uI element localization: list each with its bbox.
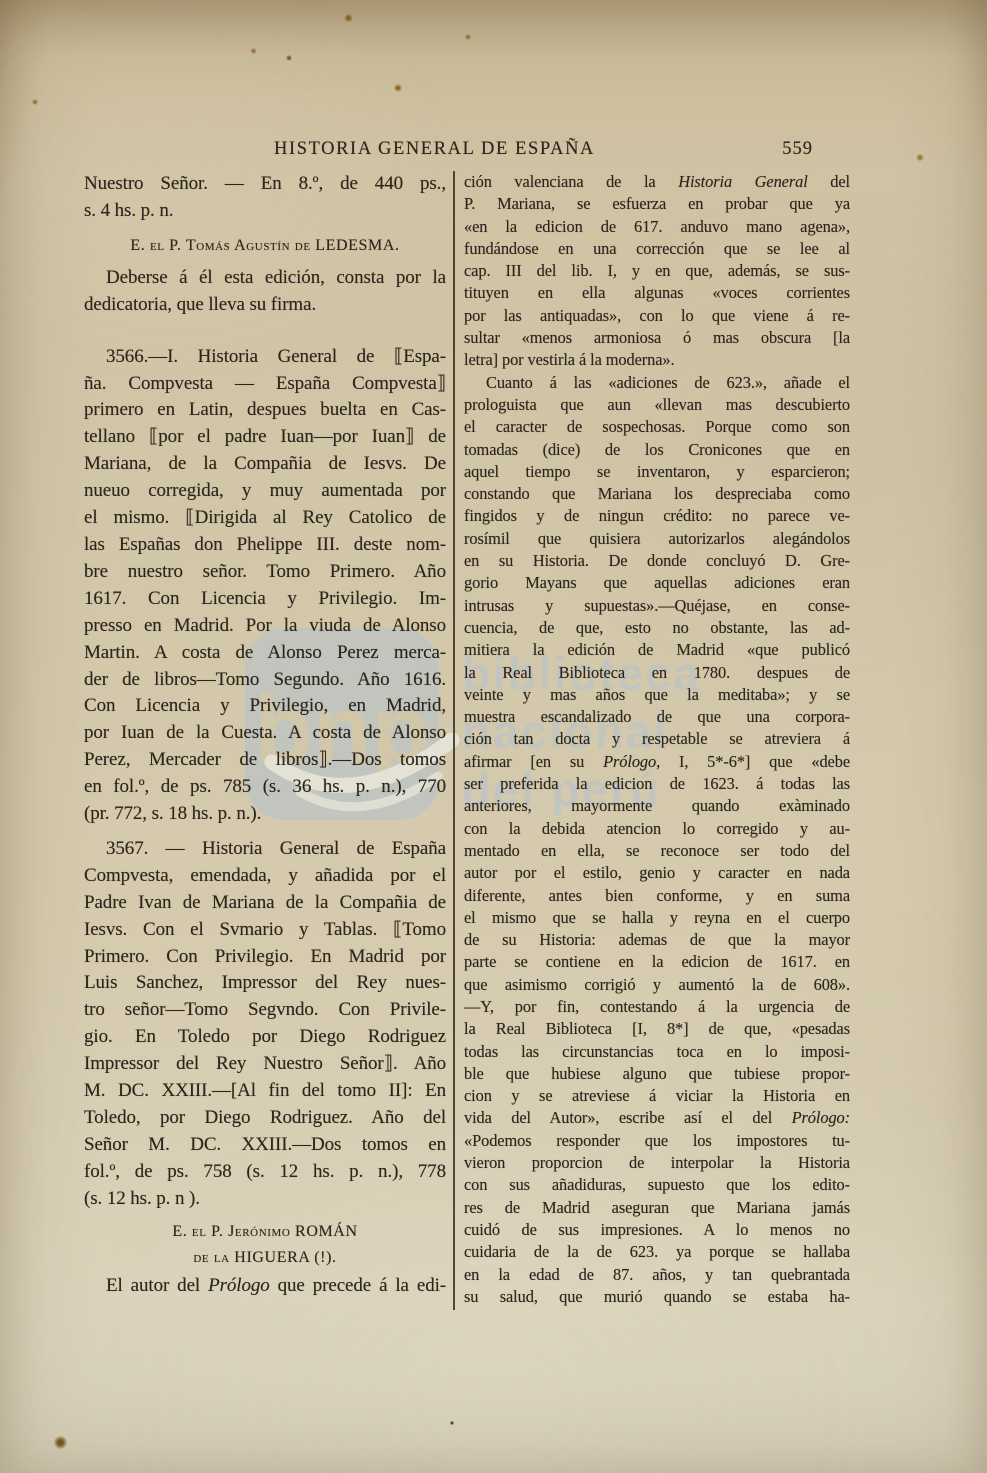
text-line: tellano ⟦por el padre Iuan—por Iuan⟧ de: [84, 424, 446, 451]
text-line: prologuista que aun «llevan mas descubie…: [464, 394, 850, 416]
text-line: en su Historia. De donde concluyó D. Gre…: [464, 550, 850, 572]
text-line: muestra escandalizado de que una corpora…: [464, 706, 850, 728]
text-line: el caracter de sospechosas. Porque como …: [464, 416, 850, 438]
text-line: Luis Sanchez, Impressor del Rey nues-: [84, 970, 446, 997]
text-line: aquel tiempo se inventaron, y esparciero…: [464, 461, 850, 483]
text-line: ser preferida la edicion de 1623. á toda…: [464, 773, 850, 795]
text-line: P. Mariana, se esfuerza en probar que ya: [464, 193, 850, 215]
text-line: su salud, que murió quando se estaba ha-: [464, 1286, 850, 1308]
text-line: Con Licencia y Privilegio, en Madrid,: [84, 693, 446, 720]
text-line: nueuo corregida, y muy aumentada por: [84, 478, 446, 505]
text-line: fundándose en una corrección que se lee …: [464, 238, 850, 260]
printed-page: HISTORIA GENERAL DE ESPAÑA 559 Nuestro S…: [0, 0, 987, 1473]
text-line: M. DC. XXIII.—[Al fin del tomo II]: En: [84, 1078, 446, 1105]
text-line: mitiera la edición de Madrid «que public…: [464, 639, 850, 661]
text-line: intrusas y supuestas».—Quéjase, en conse…: [464, 595, 850, 617]
paragraph: 3567. — Historia General de EspañaCompve…: [84, 836, 446, 1213]
text-line: ción valenciana de la Historia General d…: [464, 171, 850, 193]
text-line: ble que hubiese alguno que tubiese propo…: [464, 1063, 850, 1085]
text-line: «Podemos responder que los impostores tu…: [464, 1130, 850, 1152]
paragraph: Nuestro Señor. — En 8.º, de 440 ps.,s. 4…: [84, 171, 446, 225]
text-line: Padre Ivan de Mariana de la Compañia de: [84, 890, 446, 917]
text-line: las Españas don Phelippe III. deste nom-: [84, 532, 446, 559]
text-line: 3567. — Historia General de España: [84, 836, 446, 863]
text-line: fol.º, de ps. 758 (s. 12 hs. p. n.), 778: [84, 1159, 446, 1186]
text-line: Señor M. DC. XXIII.—Dos tomos en: [84, 1132, 446, 1159]
paragraph: E. el P. Jerónimo ROMÁNde la HIGUERA (!)…: [84, 1219, 446, 1271]
text-line: bre nuestro señor. Tomo Primero. Año: [84, 559, 446, 586]
text-line: cap. III del lib. I, y en que, además, s…: [464, 260, 850, 282]
text-line: mentado en ella, se reconoce ser todo de…: [464, 840, 850, 862]
text-line: tro señor—Tomo Segvndo. Con Privile-: [84, 997, 446, 1024]
text-line: 1617. Con Licencia y Privilegio. Im-: [84, 586, 446, 613]
text-line: primero en Latin, despues buelta en Cas-: [84, 397, 446, 424]
text-line: en la edad de 87. años, y tan quebrantad…: [464, 1264, 850, 1286]
text-line: rosímil que quisiera autorizarlos alegán…: [464, 528, 850, 550]
text-line: con la debida atencion lo corregido y au…: [464, 818, 850, 840]
running-header: HISTORIA GENERAL DE ESPAÑA 559: [86, 139, 843, 165]
text-line: ña. Compvesta — España Compvesta⟧: [84, 371, 446, 398]
text-line: la Real Biblioteca [I, 8*] de que, «pesa…: [464, 1018, 850, 1040]
text-columns: Nuestro Señor. — En 8.º, de 440 ps.,s. 4…: [84, 171, 850, 1310]
text-line: Cuanto á las «adiciones de 623.», añade …: [464, 372, 850, 394]
text-line: ción tan docta y respetable se atreviera…: [464, 728, 850, 750]
paragraph: Cuanto á las «adiciones de 623.», añade …: [464, 372, 850, 1308]
text-line: de su Historia: ademas de que la mayor: [464, 929, 850, 951]
text-line: afirmar [en su Prólogo, I, 5*-6*] que «d…: [464, 751, 850, 773]
left-column: Nuestro Señor. — En 8.º, de 440 ps.,s. 4…: [84, 171, 446, 1310]
column-divider: [453, 171, 455, 1310]
text-line: cuidaria de la de 623. ya porque se hall…: [464, 1241, 850, 1263]
paragraph: Deberse á él esta edición, consta por la…: [84, 265, 446, 319]
text-line: Nuestro Señor. — En 8.º, de 440 ps.,: [84, 171, 446, 198]
text-line: de la HIGUERA (!).: [84, 1245, 446, 1271]
text-line: Iesvs. Con el Svmario y Tablas. ⟦Tomo: [84, 917, 446, 944]
page-title: HISTORIA GENERAL DE ESPAÑA: [86, 139, 783, 160]
text-line: (pr. 772, s. 18 hs. p. n.).: [84, 801, 446, 828]
paragraph: 3566.—I. Historia General de ⟦Espa-ña. C…: [84, 344, 446, 828]
right-column: ción valenciana de la Historia General d…: [464, 171, 850, 1310]
text-line: anteriores, mayormente quando exàminado: [464, 795, 850, 817]
text-line: Deberse á él esta edición, consta por la: [84, 265, 446, 292]
text-line: Primero. Con Privilegio. En Madrid por: [84, 944, 446, 971]
text-line: E. el P. Tomás Agustín de LEDESMA.: [84, 233, 446, 259]
text-line: presso en Madrid. Por la viuda de Alonso: [84, 613, 446, 640]
text-line: Impressor del Rey Nuestro Señor⟧. Año: [84, 1051, 446, 1078]
text-line: con sus añadiduras, supuesto que los edi…: [464, 1174, 850, 1196]
text-line: cuidó de sus impresiones. A lo menos no: [464, 1219, 850, 1241]
text-line: cion y se atreviese á viciar la Historia…: [464, 1085, 850, 1107]
text-line: gorio Mayans que aquellas adiciones eran: [464, 572, 850, 594]
text-line: todas las circunstancias toca en lo impo…: [464, 1041, 850, 1063]
text-line: fingidos y de ningun crédito: no parece …: [464, 505, 850, 527]
text-line: «en la edicion de 617. anduvo mano agena…: [464, 216, 850, 238]
paragraph: El autor del Prólogo que precede á la ed…: [84, 1273, 446, 1300]
paragraph: E. el P. Tomás Agustín de LEDESMA.: [84, 233, 446, 259]
text-line: Compvesta, emendada, y añadida por el: [84, 863, 446, 890]
text-line: —Y, por fin, contestando á la urgencia d…: [464, 996, 850, 1018]
text-line: diferente, antes bien conforme, y en sum…: [464, 885, 850, 907]
page-number: 559: [782, 139, 813, 160]
text-line: Mariana, de la Compañia de Iesvs. De: [84, 451, 446, 478]
text-line: vieron proporcion de interpolar la Histo…: [464, 1152, 850, 1174]
text-line: parte se contiene en la edicion de 1617.…: [464, 951, 850, 973]
text-line: res de Madrid aseguran que Mariana jamás: [464, 1197, 850, 1219]
text-line: veinte y mas años que la meditaba»; y se: [464, 684, 850, 706]
text-line: autor por el estilo, genio y caracter en…: [464, 862, 850, 884]
text-line: (s. 12 hs. p. n ).: [84, 1186, 446, 1213]
paragraph: ción valenciana de la Historia General d…: [464, 171, 850, 372]
text-line: dedicatoria, que lleva su firma.: [84, 292, 446, 319]
text-line: cuencia, de que, esto no obstante, las a…: [464, 617, 850, 639]
text-line: por las antiquadas», con lo que viene á …: [464, 305, 850, 327]
text-line: E. el P. Jerónimo ROMÁN: [84, 1219, 446, 1245]
text-line: el mismo. ⟦Dirigida al Rey Catolico de: [84, 505, 446, 532]
text-line: Perez, Mercader de libros⟧.—Dos tomos: [84, 747, 446, 774]
text-line: que asimismo corrigió y aumentó la de 60…: [464, 974, 850, 996]
text-line: la Real Biblioteca en 1780. despues de: [464, 662, 850, 684]
text-line: s. 4 hs. p. n.: [84, 198, 446, 225]
text-line: tomadas (dice) de los Cronicones que en: [464, 439, 850, 461]
text-line: vida del Autor», escribe así el del Pról…: [464, 1107, 850, 1129]
scanned-book-page: { "header": { "title": "HISTORIA GENERAL…: [0, 0, 987, 1473]
text-line: Toledo, por Diego Rodriguez. Año del: [84, 1105, 446, 1132]
text-line: sultar «menos armoniosa ó mas obscura [l…: [464, 327, 850, 349]
text-line: constando que Mariana los despreciaba co…: [464, 483, 850, 505]
text-line: letra] por vestirla á la moderna».: [464, 349, 850, 371]
text-line: El autor del Prólogo que precede á la ed…: [84, 1273, 446, 1300]
text-line: der de libros—Tomo Segundo. Año 1616.: [84, 667, 446, 694]
text-line: en fol.º, de ps. 785 (s. 36 hs. p. n.), …: [84, 774, 446, 801]
text-line: tituyen en ella algunas «voces corriente…: [464, 282, 850, 304]
text-line: por Iuan de la Cuesta. A costa de Alonso: [84, 720, 446, 747]
text-line: 3566.—I. Historia General de ⟦Espa-: [84, 344, 446, 371]
text-line: Martin. A costa de Alonso Perez merca-: [84, 640, 446, 667]
text-line: gio. En Toledo por Diego Rodriguez: [84, 1024, 446, 1051]
text-line: el mismo que se halla y reyna en el cuer…: [464, 907, 850, 929]
